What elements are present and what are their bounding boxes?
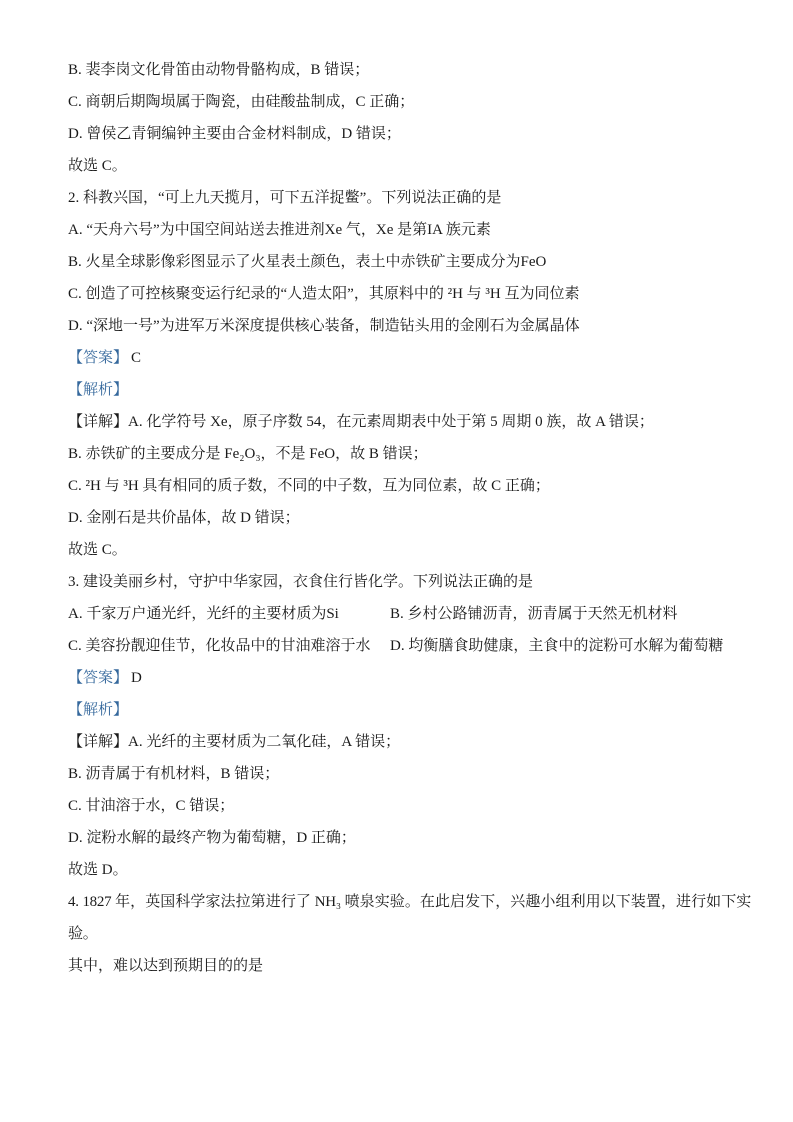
q3-option-b: B. 乡村公路铺沥青，沥青属于天然无机材料 bbox=[390, 598, 751, 630]
q3-detail-c: C. 甘油溶于水，C 错误； bbox=[68, 790, 751, 822]
q2-analysis-label: 【解析】 bbox=[68, 382, 128, 398]
q3-option-c: C. 美容扮靓迎佳节，化妆品中的甘油难溶于水 bbox=[68, 630, 390, 662]
q3-analysis-label: 【解析】 bbox=[68, 702, 128, 718]
q3-option-a: A. 千家万户通光纤，光纤的主要材质为Si bbox=[68, 598, 390, 630]
q2-detail-c: C. ²H 与 ³H 具有相同的质子数，不同的中子数，互为同位素，故 C 正确； bbox=[68, 470, 751, 502]
q2-analysis-line: 【解析】 bbox=[68, 374, 751, 406]
q1-explain-option-d: D. 曾侯乙青铜编钟主要由合金材料制成，D 错误； bbox=[68, 118, 751, 150]
q3-answer-line: 【答案】D bbox=[68, 662, 751, 694]
q4-stem-continued: 其中，难以达到预期目的的是 bbox=[68, 950, 751, 982]
q4-stem: 4. 1827 年，英国科学家法拉第进行了 NH₃ 喷泉实验。在此启发下，兴趣小… bbox=[68, 886, 751, 950]
q3-stem: 3. 建设美丽乡村，守护中华家园，衣食住行皆化学。下列说法正确的是 bbox=[68, 566, 751, 598]
q2-answer-label: 【答案】 bbox=[68, 350, 128, 366]
q2-detail-d: D. 金刚石是共价晶体，故 D 错误； bbox=[68, 502, 751, 534]
q2-conclusion: 故选 C。 bbox=[68, 534, 751, 566]
q2-answer-value: C bbox=[131, 350, 141, 366]
q1-explain-option-c: C. 商朝后期陶埙属于陶瓷，由硅酸盐制成，C 正确； bbox=[68, 86, 751, 118]
q3-answer-label: 【答案】 bbox=[68, 670, 128, 686]
q2-option-c: C. 创造了可控核聚变运行纪录的“人造太阳”，其原料中的 ²H 与 ³H 互为同… bbox=[68, 278, 751, 310]
q2-detail-b: B. 赤铁矿的主要成分是 Fe₂O₃，不是 FeO，故 B 错误； bbox=[68, 438, 751, 470]
q2-option-b: B. 火星全球影像彩图显示了火星表土颜色，表土中赤铁矿主要成分为FeO bbox=[68, 246, 751, 278]
q3-conclusion: 故选 D。 bbox=[68, 854, 751, 886]
q3-analysis-line: 【解析】 bbox=[68, 694, 751, 726]
q1-explain-option-b: B. 裴李岗文化骨笛由动物骨骼构成，B 错误； bbox=[68, 54, 751, 86]
q3-answer-value: D bbox=[131, 670, 142, 686]
q3-detail-a: 【详解】A. 光纤的主要材质为二氧化硅，A 错误； bbox=[68, 726, 751, 758]
q3-options-row-1: A. 千家万户通光纤，光纤的主要材质为Si B. 乡村公路铺沥青，沥青属于天然无… bbox=[68, 598, 751, 630]
q2-option-d: D. “深地一号”为进军万米深度提供核心装备，制造钻头用的金刚石为金属晶体 bbox=[68, 310, 751, 342]
exam-document-page: B. 裴李岗文化骨笛由动物骨骼构成，B 错误； C. 商朝后期陶埙属于陶瓷，由硅… bbox=[0, 0, 793, 1122]
q2-detail-a: 【详解】A. 化学符号 Xe，原子序数 54，在元素周期表中处于第 5 周期 0… bbox=[68, 406, 751, 438]
q3-options-row-2: C. 美容扮靓迎佳节，化妆品中的甘油难溶于水 D. 均衡膳食助健康，主食中的淀粉… bbox=[68, 630, 751, 662]
q2-option-a: A. “天舟六号”为中国空间站送去推进剂Xe 气，Xe 是第IA 族元素 bbox=[68, 214, 751, 246]
q3-detail-b: B. 沥青属于有机材料，B 错误； bbox=[68, 758, 751, 790]
q3-option-d: D. 均衡膳食助健康，主食中的淀粉可水解为葡萄糖 bbox=[390, 630, 751, 662]
q3-detail-d: D. 淀粉水解的最终产物为葡萄糖，D 正确； bbox=[68, 822, 751, 854]
q2-stem: 2. 科教兴国，“可上九天揽月，可下五洋捉鳖”。下列说法正确的是 bbox=[68, 182, 751, 214]
q2-answer-line: 【答案】C bbox=[68, 342, 751, 374]
q1-conclusion: 故选 C。 bbox=[68, 150, 751, 182]
